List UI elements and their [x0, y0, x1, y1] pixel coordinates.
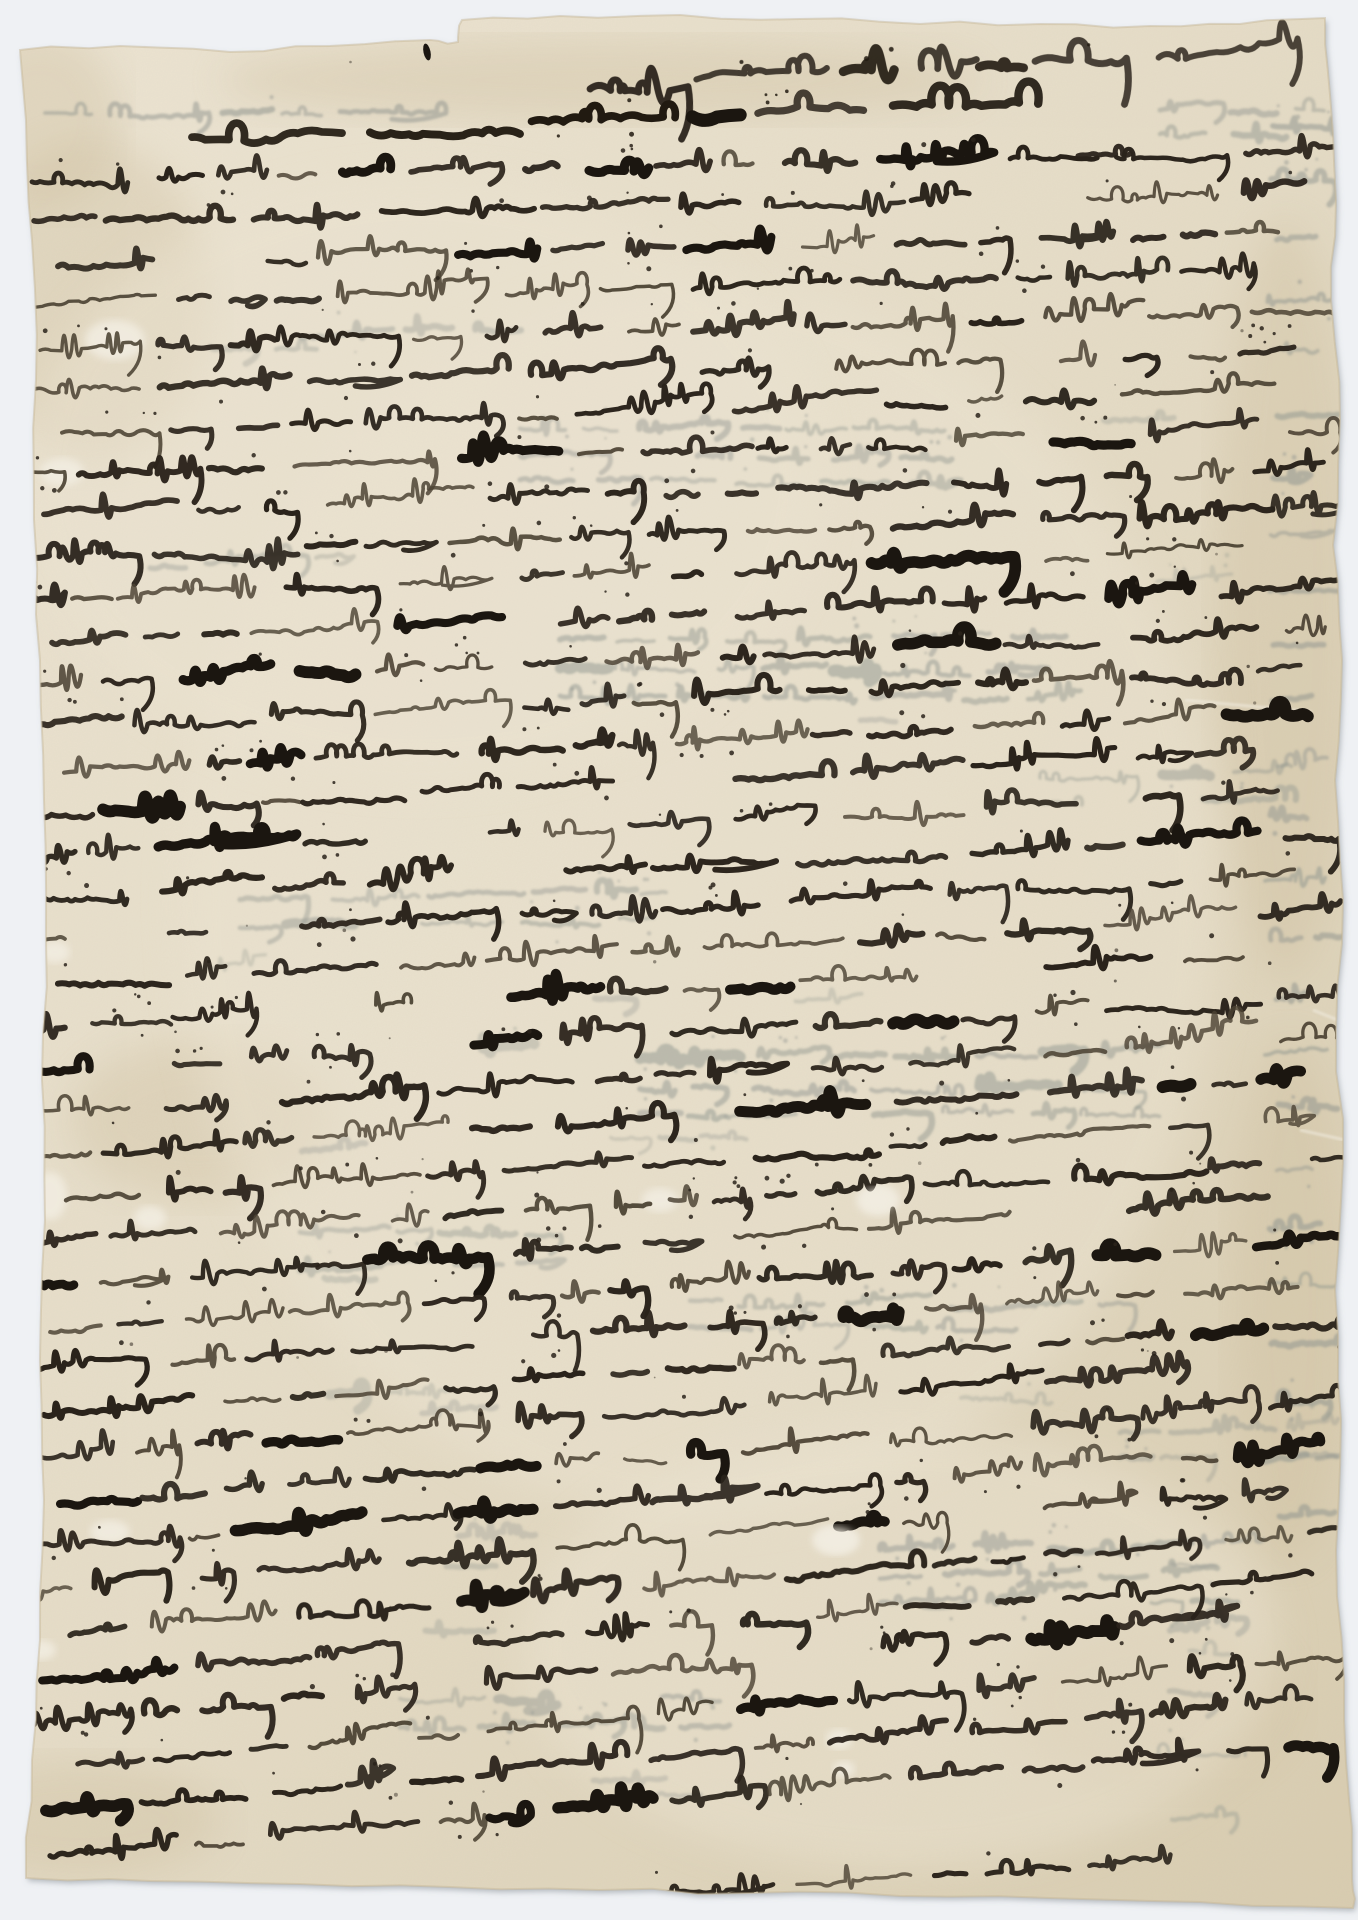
- manuscript-scan: [0, 0, 1358, 1920]
- document-page: [0, 0, 1358, 1920]
- bleed-through-scribble: [860, 719, 895, 722]
- bleed-through-scatter: [860, 719, 895, 722]
- paper-grain: [0, 0, 1358, 1920]
- bleed-through-scatter: [446, 1565, 496, 1568]
- bleed-through-scribble: [1277, 413, 1337, 417]
- bleed-through-scribble: [446, 1565, 496, 1568]
- bleed-through-margin-column: [1277, 413, 1337, 417]
